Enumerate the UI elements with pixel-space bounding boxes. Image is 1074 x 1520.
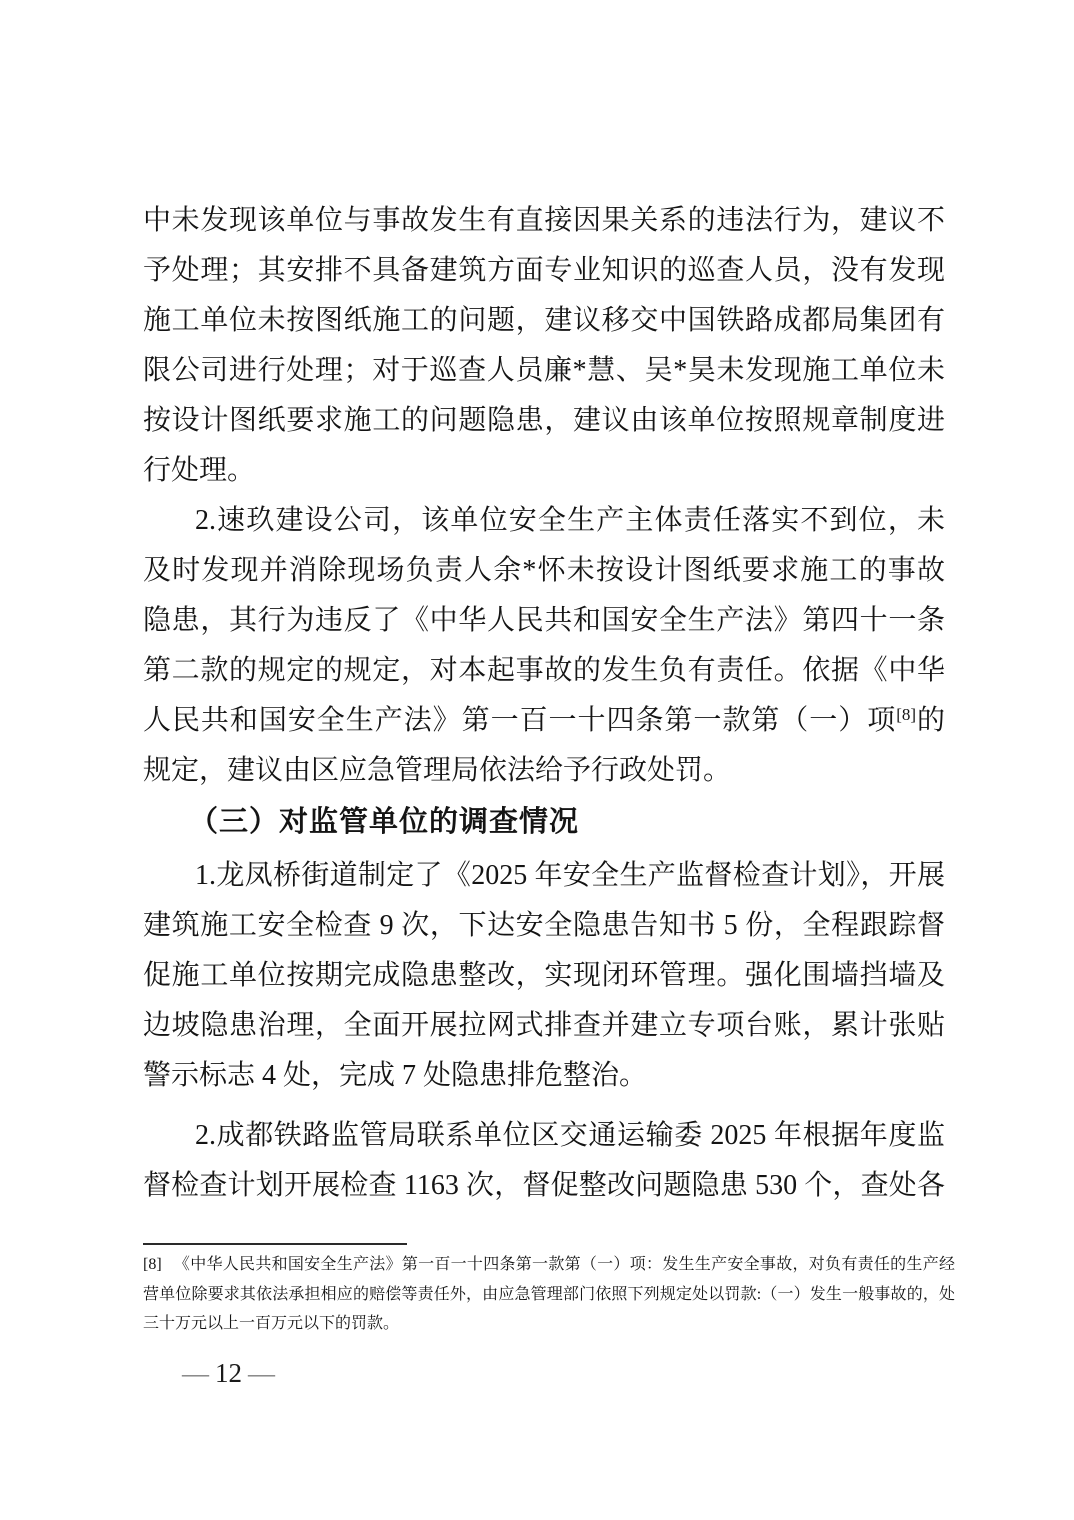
text-line: 施工单位未按图纸施工的问题，建议移交中国铁路成都局集团有 — [143, 296, 945, 346]
text-line: 隐患，其行为违反了《中华人民共和国安全生产法》第四十一条 — [143, 596, 945, 646]
text-line: 第二款的规定的规定，对本起事故的发生负有责任。依据《中华 — [143, 646, 945, 696]
text-line: 2.速玖建设公司，该单位安全生产主体责任落实不到位，未 — [143, 496, 945, 546]
text-line: 予处理；其安排不具备建筑方面专业知识的巡查人员，没有发现 — [143, 246, 945, 296]
text-line-with-footnote-ref: 人民共和国安全生产法》第一百一十四条第一款第（一）项[8]的 — [143, 696, 945, 746]
footnote-line: 三十万元以上一百万元以下的罚款。 — [143, 1309, 955, 1339]
text-line: 2.成都铁路监管局联系单位区交通运输委 2025 年根据年度监 — [143, 1111, 945, 1161]
section-heading: （三）对监管单位的调查情况 — [143, 797, 945, 847]
text-line: 中未发现该单位与事故发生有直接因果关系的违法行为，建议不 — [143, 196, 945, 246]
footnote-line: [8]《中华人民共和国安全生产法》第一百一十四条第一款第（一）项：发生生产安全事… — [143, 1250, 955, 1280]
paragraph-item-2-supervision: 2.成都铁路监管局联系单位区交通运输委 2025 年根据年度监 督检查计划开展检… — [143, 1111, 945, 1211]
text-line: 建筑施工安全检查 9 次，下达安全隐患告知书 5 份，全程跟踪督 — [143, 901, 945, 951]
text-line: 1.龙凤桥街道制定了《2025 年安全生产监督检查计划》，开展 — [143, 851, 945, 901]
page-number-value: 12 — [215, 1358, 242, 1388]
paragraph-continuation: 中未发现该单位与事故发生有直接因果关系的违法行为，建议不 予处理；其安排不具备建… — [143, 196, 945, 496]
footnote-line: 营单位除要求其依法承担相应的赔偿等责任外，由应急管理部门依照下列规定处以罚款:（… — [143, 1280, 955, 1310]
page-number-right-dash: — — [242, 1358, 281, 1388]
text-line: 规定，建议由区应急管理局依法给予行政处罚。 — [143, 746, 945, 796]
text-line: 按设计图纸要求施工的问题隐患，建议由该单位按照规章制度进 — [143, 396, 945, 446]
text-segment: 人民共和国安全生产法》第一百一十四条第一款第（一）项 — [143, 705, 896, 736]
page-number: —12— — [176, 1356, 281, 1390]
text-line: 警示标志 4 处，完成 7 处隐患排危整治。 — [143, 1051, 945, 1101]
text-segment: 的 — [916, 705, 945, 736]
footnote-marker: [8] — [143, 1256, 162, 1273]
footnote-separator — [143, 1243, 407, 1245]
document-page: 中未发现该单位与事故发生有直接因果关系的违法行为，建议不 予处理；其安排不具备建… — [0, 0, 1074, 1520]
footnote-text: 《中华人民共和国安全生产法》第一百一十四条第一款第（一）项：发生生产安全事故，对… — [174, 1256, 955, 1273]
paragraph-item-2: 2.速玖建设公司，该单位安全生产主体责任落实不到位，未 及时发现并消除现场负责人… — [143, 496, 945, 796]
paragraph-item-1-supervision: 1.龙凤桥街道制定了《2025 年安全生产监督检查计划》，开展 建筑施工安全检查… — [143, 851, 945, 1101]
text-line: 督检查计划开展检查 1163 次，督促整改问题隐患 530 个，查处各 — [143, 1161, 945, 1211]
text-line: 限公司进行处理；对于巡查人员廉*慧、吴*昊未发现施工单位未 — [143, 346, 945, 396]
footnote-ref-superscript: [8] — [896, 705, 916, 724]
page-number-left-dash: — — [176, 1358, 215, 1388]
text-line: 促施工单位按期完成隐患整改，实现闭环管理。强化围墙挡墙及 — [143, 951, 945, 1001]
footnote: [8]《中华人民共和国安全生产法》第一百一十四条第一款第（一）项：发生生产安全事… — [143, 1250, 955, 1339]
text-line: 及时发现并消除现场负责人余*怀未按设计图纸要求施工的事故 — [143, 546, 945, 596]
text-line: 边坡隐患治理，全面开展拉网式排查并建立专项台账，累计张贴 — [143, 1001, 945, 1051]
text-line: 行处理。 — [143, 446, 945, 496]
